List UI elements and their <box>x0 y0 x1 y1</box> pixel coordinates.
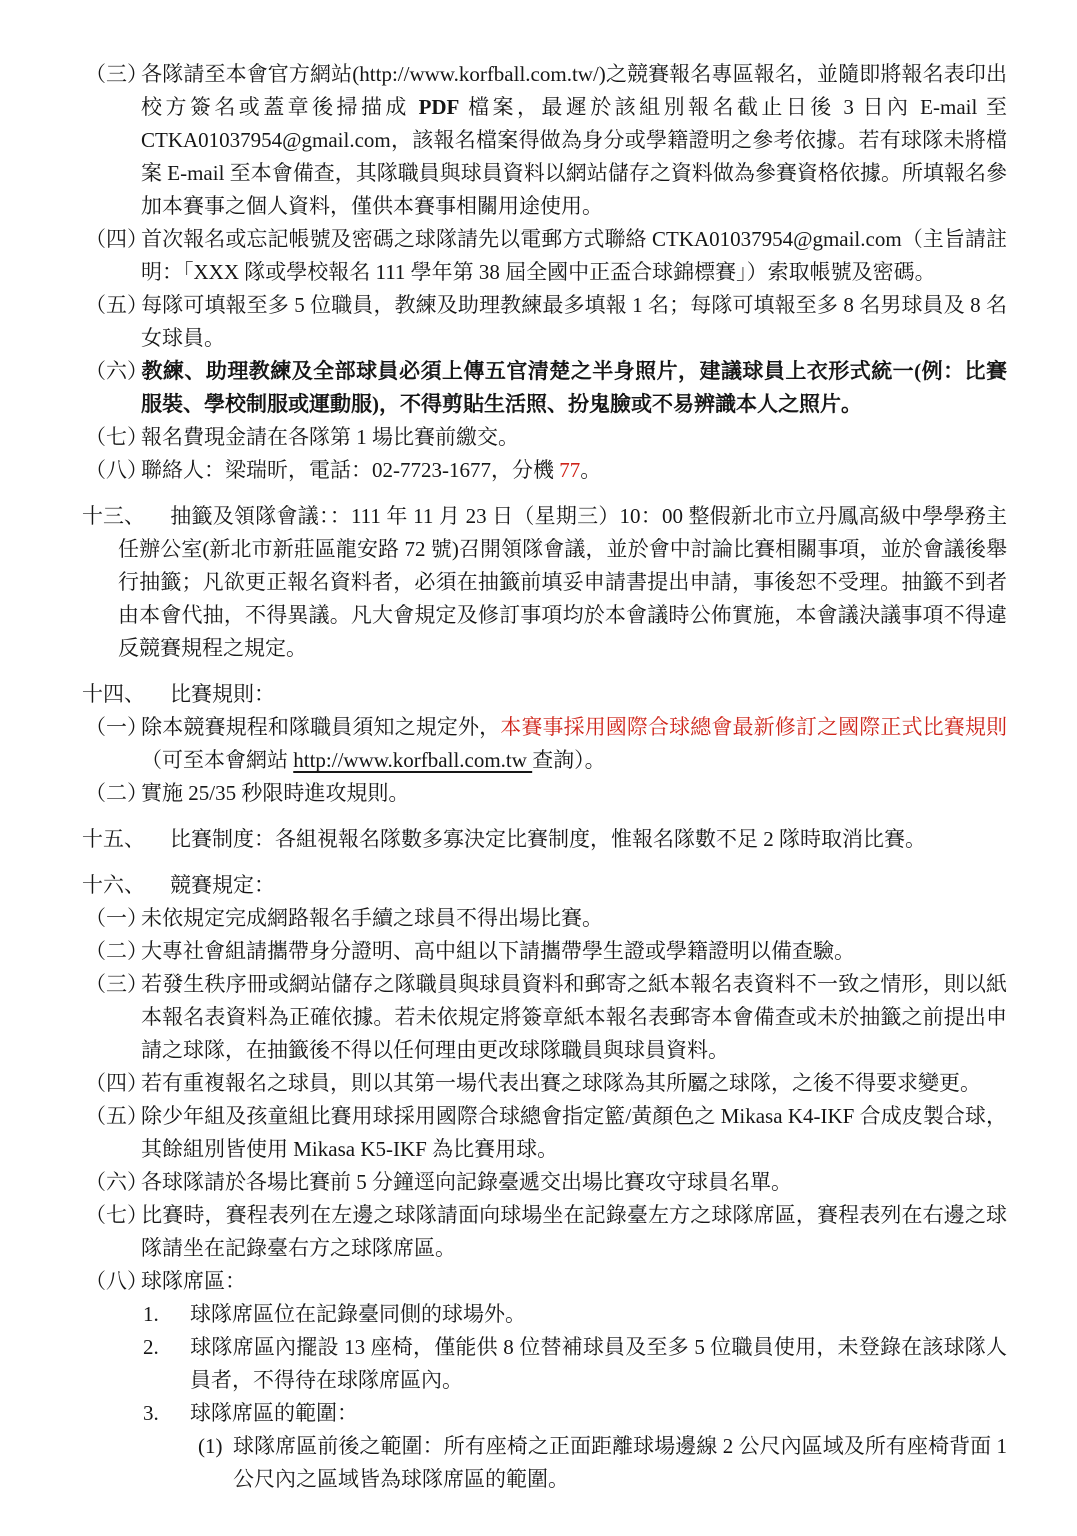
text-segment: 球隊席區前後之範圍：所有座椅之正面距離球場邊線 2 公尺內區域及所有座椅背面 1… <box>233 1434 1007 1491</box>
item-3-online-registration: （三）各隊請至本會官方網站(http://www.korfball.com.tw… <box>0 58 1007 223</box>
text-segment: 除少年組及孩童組比賽用球採用國際合球總會指定籃/黃顏色之 Mikasa K4-I… <box>141 1104 1007 1161</box>
item-label: 十三、 <box>82 500 170 533</box>
text-segment: 大專社會組請攜帶身分證明、高中組以下請攜帶學生證或學籍證明以備查驗。 <box>141 939 855 963</box>
item-label: （四） <box>85 1067 141 1100</box>
text-segment: 查詢）。 <box>532 748 606 772</box>
text-segment: 若發生秩序冊或網站儲存之隊職員與球員資料和郵寄之紙本報名表資料不一致之情形，則以… <box>141 972 1007 1062</box>
item-14-1-international-rules: （一）除本競賽規程和隊職員須知之規定外，本賽事採用國際合球總會最新修訂之國際正式… <box>0 711 1007 777</box>
item-label: （五） <box>85 1100 141 1133</box>
subitem-3-1-bench-range-detail: (1)球隊席區前後之範圍：所有座椅之正面距離球場邊線 2 公尺內區域及所有座椅背… <box>0 1430 1007 1496</box>
item-label: （八） <box>85 454 141 487</box>
item-label: 2. <box>143 1331 190 1364</box>
item-16-4-duplicate-registration: （四）若有重複報名之球員，則以其第一場代表出賽之球隊為其所屬之球隊，之後不得要求… <box>0 1067 1007 1100</box>
document-content: （三）各隊請至本會官方網站(http://www.korfball.com.tw… <box>0 58 1007 1496</box>
item-7-registration-fee: （七）報名費現金請在各隊第 1 場比賽前繳交。 <box>0 421 1007 454</box>
section-13-draw-meeting: 十三、抽籤及領隊會議：：111 年 11 月 23 日（星期三）10：00 整假… <box>0 500 1007 665</box>
section-16-competition-regulations: 十六、競賽規定： <box>0 869 1007 902</box>
red-text: 77 <box>559 458 580 482</box>
item-label: （三） <box>85 58 141 91</box>
item-label: （二） <box>85 935 141 968</box>
text-segment: 抽籤及領隊會議：：111 年 11 月 23 日（星期三）10：00 整假新北市… <box>118 504 1007 660</box>
item-label: （七） <box>85 421 141 454</box>
item-16-6-lineup-submission: （六）各球隊請於各場比賽前 5 分鐘逕向記錄臺遞交出場比賽攻守球員名單。 <box>0 1166 1007 1199</box>
item-5-roster-limits: （五）每隊可填報至多 5 位職員，教練及助理教練最多填報 1 名；每隊可填報至多… <box>0 289 1007 355</box>
bold-text: PDF <box>419 95 460 119</box>
section-15-competition-format: 十五、比賽制度：各組視報名隊數多寡決定比賽制度，惟報名隊數不足 2 隊時取消比賽… <box>0 823 1007 856</box>
item-16-8-team-bench-area: （八）球隊席區： <box>0 1265 1007 1298</box>
item-label: （一） <box>85 711 141 744</box>
text-segment: （可至本會網站 <box>141 748 293 772</box>
text-segment: 報名費現金請在各隊第 1 場比賽前繳交。 <box>141 425 519 449</box>
item-label: （四） <box>85 223 141 256</box>
item-label: （六） <box>85 355 141 388</box>
document-page: （三）各隊請至本會官方網站(http://www.korfball.com.tw… <box>0 0 1077 1536</box>
item-4-first-time-registration: （四）首次報名或忘記帳號及密碼之球隊請先以電郵方式聯絡 CTKA01037954… <box>0 223 1007 289</box>
item-16-1-no-registration-no-play: （一）未依規定完成網路報名手續之球員不得出場比賽。 <box>0 902 1007 935</box>
item-label: （三） <box>85 968 141 1001</box>
item-label: 3. <box>143 1397 190 1430</box>
item-label: 十四、 <box>82 678 170 711</box>
item-label: （六） <box>85 1166 141 1199</box>
item-label: （一） <box>85 902 141 935</box>
text-segment: 除本競賽規程和隊職員須知之規定外， <box>141 715 500 739</box>
text-segment: 首次報名或忘記帳號及密碼之球隊請先以電郵方式聯絡 CTKA01037954@gm… <box>141 227 1007 284</box>
text-segment: 球隊席區內擺設 13 座椅，僅能供 8 位替補球員及至多 5 位職員使用，未登錄… <box>190 1335 1007 1392</box>
text-segment: 。 <box>580 458 601 482</box>
red-text: 本賽事採用國際合球總會最新修訂之國際正式比賽規則 <box>500 715 1007 739</box>
item-label: (1) <box>198 1430 233 1463</box>
item-16-2-id-check: （二）大專社會組請攜帶身分證明、高中組以下請攜帶學生證或學籍證明以備查驗。 <box>0 935 1007 968</box>
text-segment: 聯絡人：梁瑞昕，電話：02-7723-1677，分機 <box>141 458 559 482</box>
item-label: （二） <box>85 777 141 810</box>
subitem-2-bench-chairs: 2.球隊席區內擺設 13 座椅，僅能供 8 位替補球員及至多 5 位職員使用，未… <box>0 1331 1007 1397</box>
bold-text: 教練、助理教練及全部球員必須上傳五官清楚之半身照片，建議球員上衣形式統一(例：比… <box>141 359 1007 416</box>
text-segment: 比賽制度：各組視報名隊數多寡決定比賽制度，惟報名隊數不足 2 隊時取消比賽。 <box>170 827 926 851</box>
text-segment: 每隊可填報至多 5 位職員，教練及助理教練最多填報 1 名；每隊可填報至多 8 … <box>141 293 1007 350</box>
item-8-contact-person: （八）聯絡人：梁瑞昕，電話：02-7723-1677，分機 77。 <box>0 454 1007 487</box>
item-label: 十五、 <box>82 823 170 856</box>
subitem-3-bench-range: 3.球隊席區的範圍： <box>0 1397 1007 1430</box>
text-segment: 若有重複報名之球員，則以其第一場代表出賽之球隊為其所屬之球隊，之後不得要求變更。 <box>141 1071 981 1095</box>
text-segment: 競賽規定： <box>170 873 275 897</box>
item-16-5-game-balls: （五）除少年組及孩童組比賽用球採用國際合球總會指定籃/黃顏色之 Mikasa K… <box>0 1100 1007 1166</box>
item-16-7-bench-sides: （七）比賽時，賽程表列在左邊之球隊請面向球場坐在記錄臺左方之球隊席區，賽程表列在… <box>0 1199 1007 1265</box>
item-label: （五） <box>85 289 141 322</box>
item-label: （七） <box>85 1199 141 1232</box>
item-label: 1. <box>143 1298 190 1331</box>
text-segment: 球隊席區的範圍： <box>190 1401 358 1425</box>
text-segment: 各球隊請於各場比賽前 5 分鐘逕向記錄臺遞交出場比賽攻守球員名單。 <box>141 1170 792 1194</box>
item-label: （八） <box>85 1265 141 1298</box>
section-14-game-rules: 十四、比賽規則： <box>0 678 1007 711</box>
url-link[interactable]: http://www.korfball.com.tw <box>293 748 532 772</box>
item-14-2-shot-clock: （二）實施 25/35 秒限時進攻規則。 <box>0 777 1007 810</box>
subitem-1-bench-location: 1.球隊席區位在記錄臺同側的球場外。 <box>0 1298 1007 1331</box>
text-segment: 未依規定完成網路報名手續之球員不得出場比賽。 <box>141 906 603 930</box>
item-16-3-data-discrepancy: （三）若發生秩序冊或網站儲存之隊職員與球員資料和郵寄之紙本報名表資料不一致之情形… <box>0 968 1007 1067</box>
text-segment: 球隊席區： <box>141 1269 246 1293</box>
text-segment: 比賽時，賽程表列在左邊之球隊請面向球場坐在記錄臺左方之球隊席區，賽程表列在右邊之… <box>141 1203 1007 1260</box>
text-segment: 球隊席區位在記錄臺同側的球場外。 <box>190 1302 526 1326</box>
text-segment: 實施 25/35 秒限時進攻規則。 <box>141 781 409 805</box>
text-segment: 比賽規則： <box>170 682 275 706</box>
item-label: 十六、 <box>82 869 170 902</box>
item-6-photo-requirement: （六）教練、助理教練及全部球員必須上傳五官清楚之半身照片，建議球員上衣形式統一(… <box>0 355 1007 421</box>
